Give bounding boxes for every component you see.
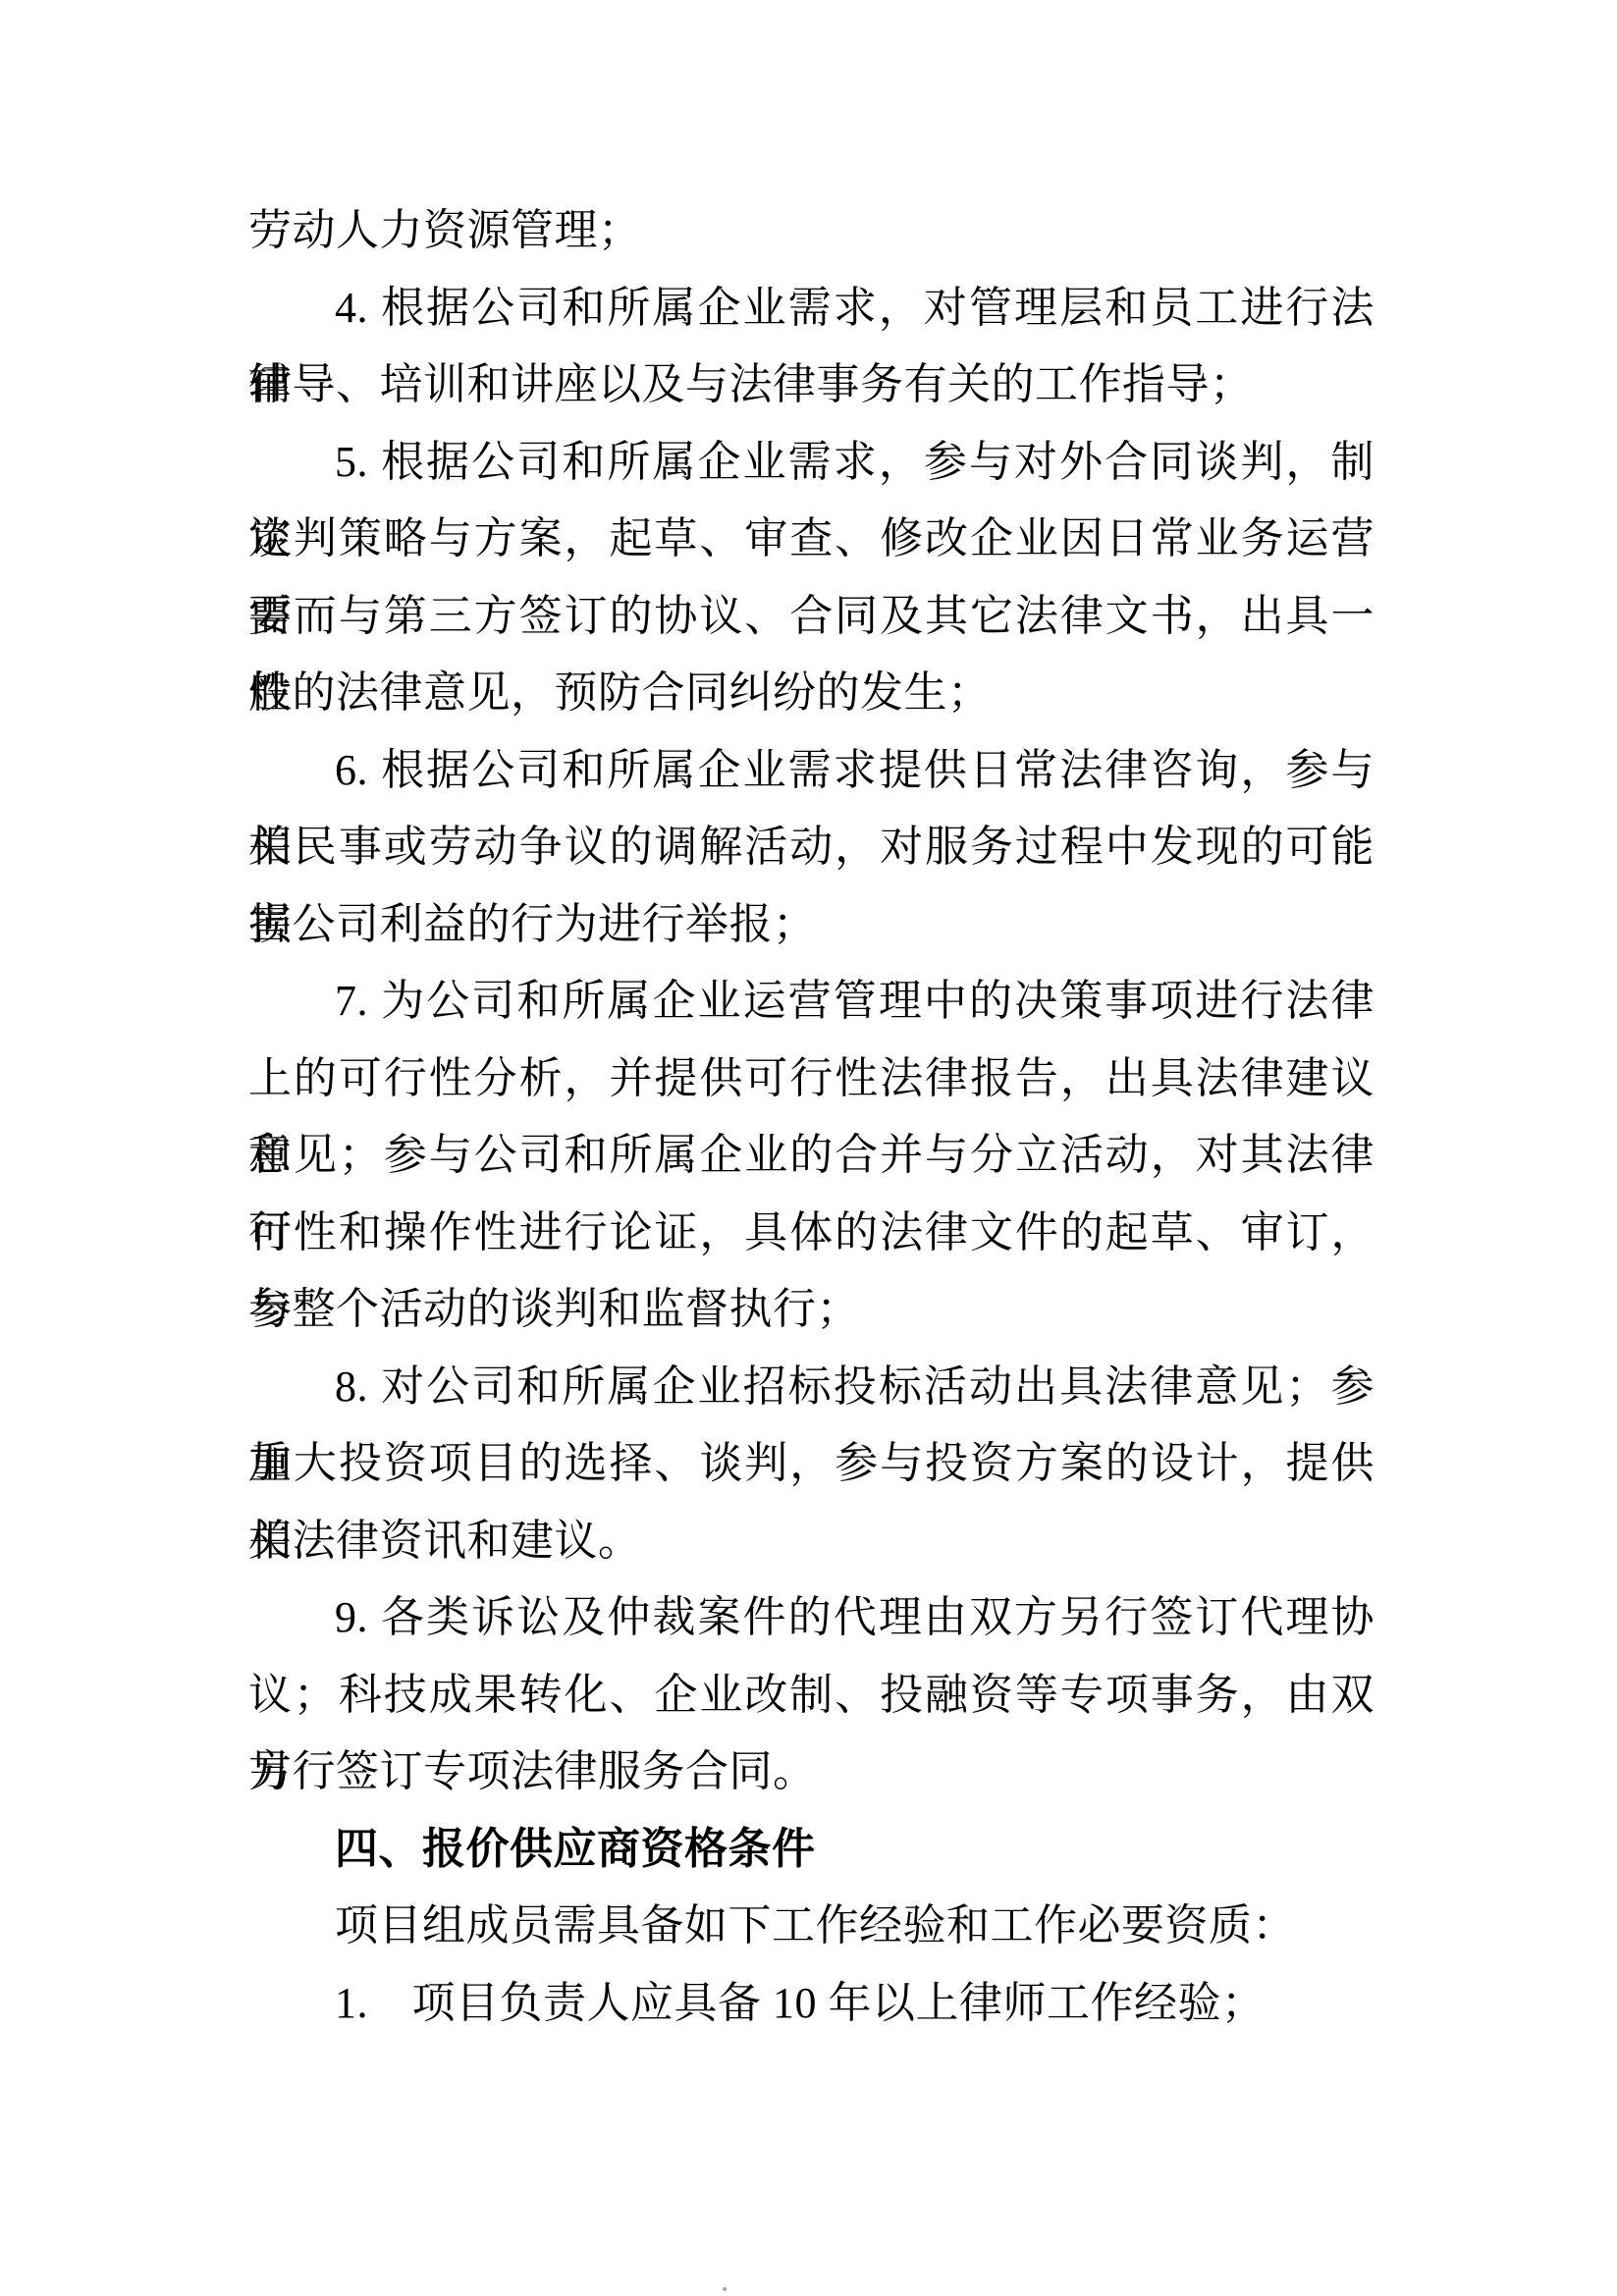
section-heading: 四、报价供应商资格条件: [248, 1811, 1374, 1889]
text-line: 4. 根据公司和所属企业需求，对管理层和员工进行法律: [248, 270, 1374, 347]
text-line: 劳动人力资源管理；: [248, 192, 1374, 270]
text-line: 议；科技成果转化、企业改制、投融资等专项事务，由双方: [248, 1657, 1374, 1735]
text-line: 6. 根据公司和所属企业需求提供日常法律咨询，参与相: [248, 732, 1374, 810]
text-line: 8. 对公司和所属企业招标投标活动出具法律意见；参加: [248, 1349, 1374, 1426]
document-body: 劳动人力资源管理；4. 根据公司和所属企业需求，对管理层和员工进行法律辅导、培训…: [248, 192, 1374, 2042]
text-line: 7. 为公司和所属企业运营管理中的决策事项进行法律: [248, 963, 1374, 1041]
text-line: 另行签订专项法律服务合同。: [248, 1734, 1374, 1811]
text-line: 害公司利益的行为进行举报；: [248, 886, 1374, 964]
text-line: 上的可行性分析，并提供可行性法律报告，出具法律建议和: [248, 1041, 1374, 1118]
text-line: 辅导、培训和讲座以及与法律事务有关的工作指导；: [248, 347, 1374, 424]
text-line: 项目组成员需具备如下工作经验和工作必要资质：: [248, 1888, 1374, 1965]
document-page: 劳动人力资源管理；4. 根据公司和所属企业需求，对管理层和员工进行法律辅导、培训…: [0, 0, 1617, 2296]
text-line: 要而与第三方签订的协议、合同及其它法律文书，出具一般: [248, 578, 1374, 656]
text-line: 关民事或劳动争议的调解活动，对服务过程中发现的可能损: [248, 809, 1374, 886]
text-line: 9. 各类诉讼及仲裁案件的代理由双方另行签订代理协: [248, 1579, 1374, 1657]
text-line: 意见；参与公司和所属企业的合并与分立活动，对其法律可: [248, 1117, 1374, 1195]
text-line: 与整个活动的谈判和监督执行；: [248, 1271, 1374, 1349]
scan-artifact-dot: [723, 2287, 727, 2291]
text-line: 性的法律意见，预防合同纠纷的发生；: [248, 655, 1374, 732]
text-line: 1. 项目负责人应具备 10 年以上律师工作经验；: [248, 1965, 1374, 2043]
text-line: 5. 根据公司和所属企业需求，参与对外合同谈判，制定: [248, 424, 1374, 502]
text-line: 行性和操作性进行论证，具体的法律文件的起草、审订，参: [248, 1195, 1374, 1272]
text-line: 关法律资讯和建议。: [248, 1503, 1374, 1580]
text-line: 重大投资项目的选择、谈判，参与投资方案的设计，提供相: [248, 1425, 1374, 1503]
text-line: 谈判策略与方案，起草、审查、修改企业因日常业务运营需: [248, 501, 1374, 578]
